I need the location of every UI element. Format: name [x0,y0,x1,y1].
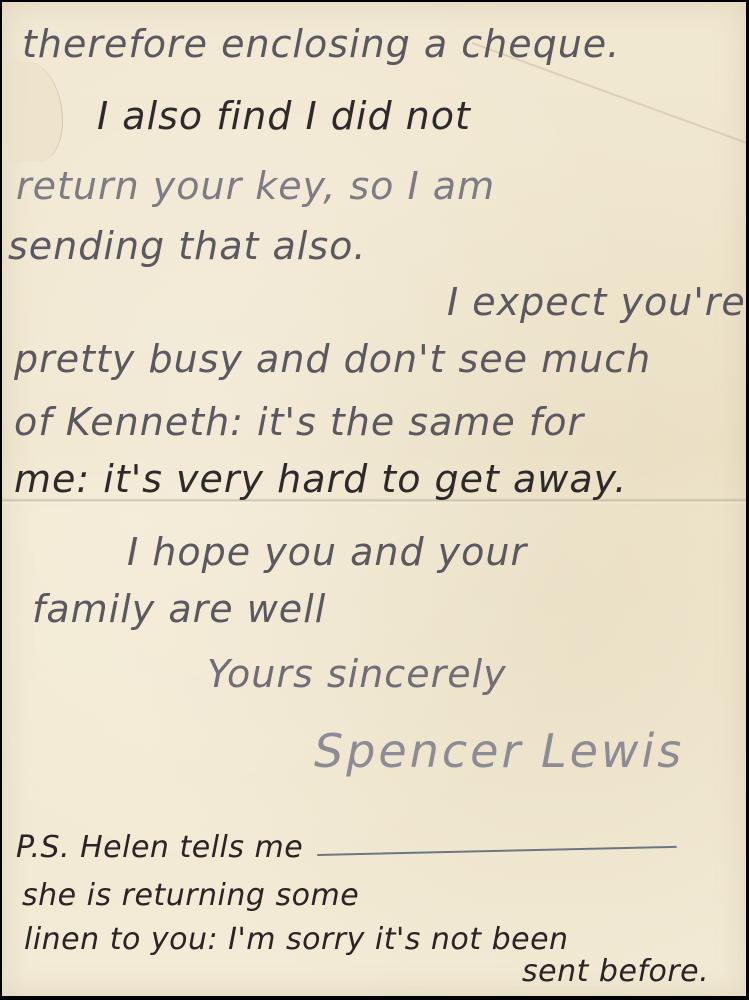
letter-line-5: I expect you're [447,280,746,324]
letter-line-1: therefore enclosing a cheque. [22,22,620,66]
letter-line-2: I also find I did not [97,94,471,138]
letter-line-4: sending that also. [8,224,366,268]
letter-signature: Spencer Lewis [314,724,684,778]
letter-line-6: pretty busy and don't see much [14,337,651,381]
postscript-line-2: she is returning some [22,878,359,913]
postscript-line-1: P.S. Helen tells me [16,830,303,865]
letter-closing: Yours sincerely [207,652,507,696]
letter-line-8: me: it's very hard to get away. [14,457,627,501]
letter-line-3: return your key, so I am [16,164,495,208]
paper-tear [2,62,63,162]
postscript-line-4: sent before. [522,954,709,989]
postscript-underline [317,846,677,856]
letter-page: therefore enclosing a cheque. I also fin… [2,2,746,996]
letter-line-9: I hope you and your [127,530,527,574]
postscript-line-3: linen to you: I'm sorry it's not been [24,922,569,957]
letter-line-7: of Kenneth: it's the same for [14,400,584,444]
letter-line-10: family are well [32,587,326,631]
